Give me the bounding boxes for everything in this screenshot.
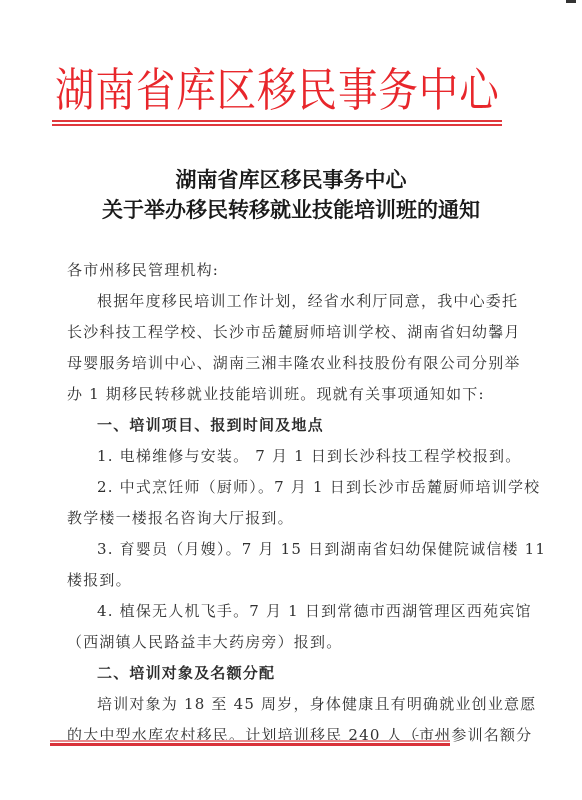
list-item-4: 4. 植保无人机飞手。7 月 1 日到常德市西湖管理区西苑宾馆 <box>97 596 532 627</box>
intro-line: 根据年度移民培训工作计划，经省水利厅同意，我中心委托 <box>97 286 518 317</box>
list-item-4-cont: （西湖镇人民路益丰大药房旁）报到。 <box>67 627 342 658</box>
section-heading-1: 一、培训项目、报到时间及地点 <box>97 410 324 441</box>
footer-rule-bottom <box>50 743 450 746</box>
salutation: 各市州移民管理机构: <box>67 255 219 286</box>
section2-line: 的大中型水库农村移民。计划培训移民 240 人（市州参训名额分 <box>67 720 532 751</box>
document-body: 各市州移民管理机构: 根据年度移民培训工作计划，经省水利厅同意，我中心委托 长沙… <box>67 0 522 800</box>
list-item-2: 2. 中式烹饪师（厨师）。7 月 1 日到长沙市岳麓厨师培训学校 <box>97 472 540 503</box>
intro-line: 长沙科技工程学校、长沙市岳麓厨师培训学校、湖南省妇幼馨月 <box>67 317 521 348</box>
list-item-3: 3. 育婴员（月嫂）。7 月 15 日到湖南省妇幼保健院诚信楼 11 <box>97 534 546 565</box>
scan-corner-mark <box>566 0 576 3</box>
section2-line: 培训对象为 18 至 45 周岁，身体健康且有明确就业创业意愿 <box>97 689 536 720</box>
list-item-3-cont: 楼报到。 <box>67 565 132 596</box>
section-heading-2: 二、培训对象及名额分配 <box>97 658 275 689</box>
list-item-1: 1. 电梯维修与安装。 7 月 1 日到长沙科技工程学校报到。 <box>97 441 521 472</box>
intro-line: 办 1 期移民转移就业技能培训班。现就有关事项通知如下: <box>67 379 485 410</box>
footer-rule-top <box>50 740 450 742</box>
list-item-2-cont: 教学楼一楼报名咨询大厅报到。 <box>67 503 294 534</box>
intro-line: 母婴服务培训中心、湖南三湘丰隆农业科技股份有限公司分别举 <box>67 348 521 379</box>
